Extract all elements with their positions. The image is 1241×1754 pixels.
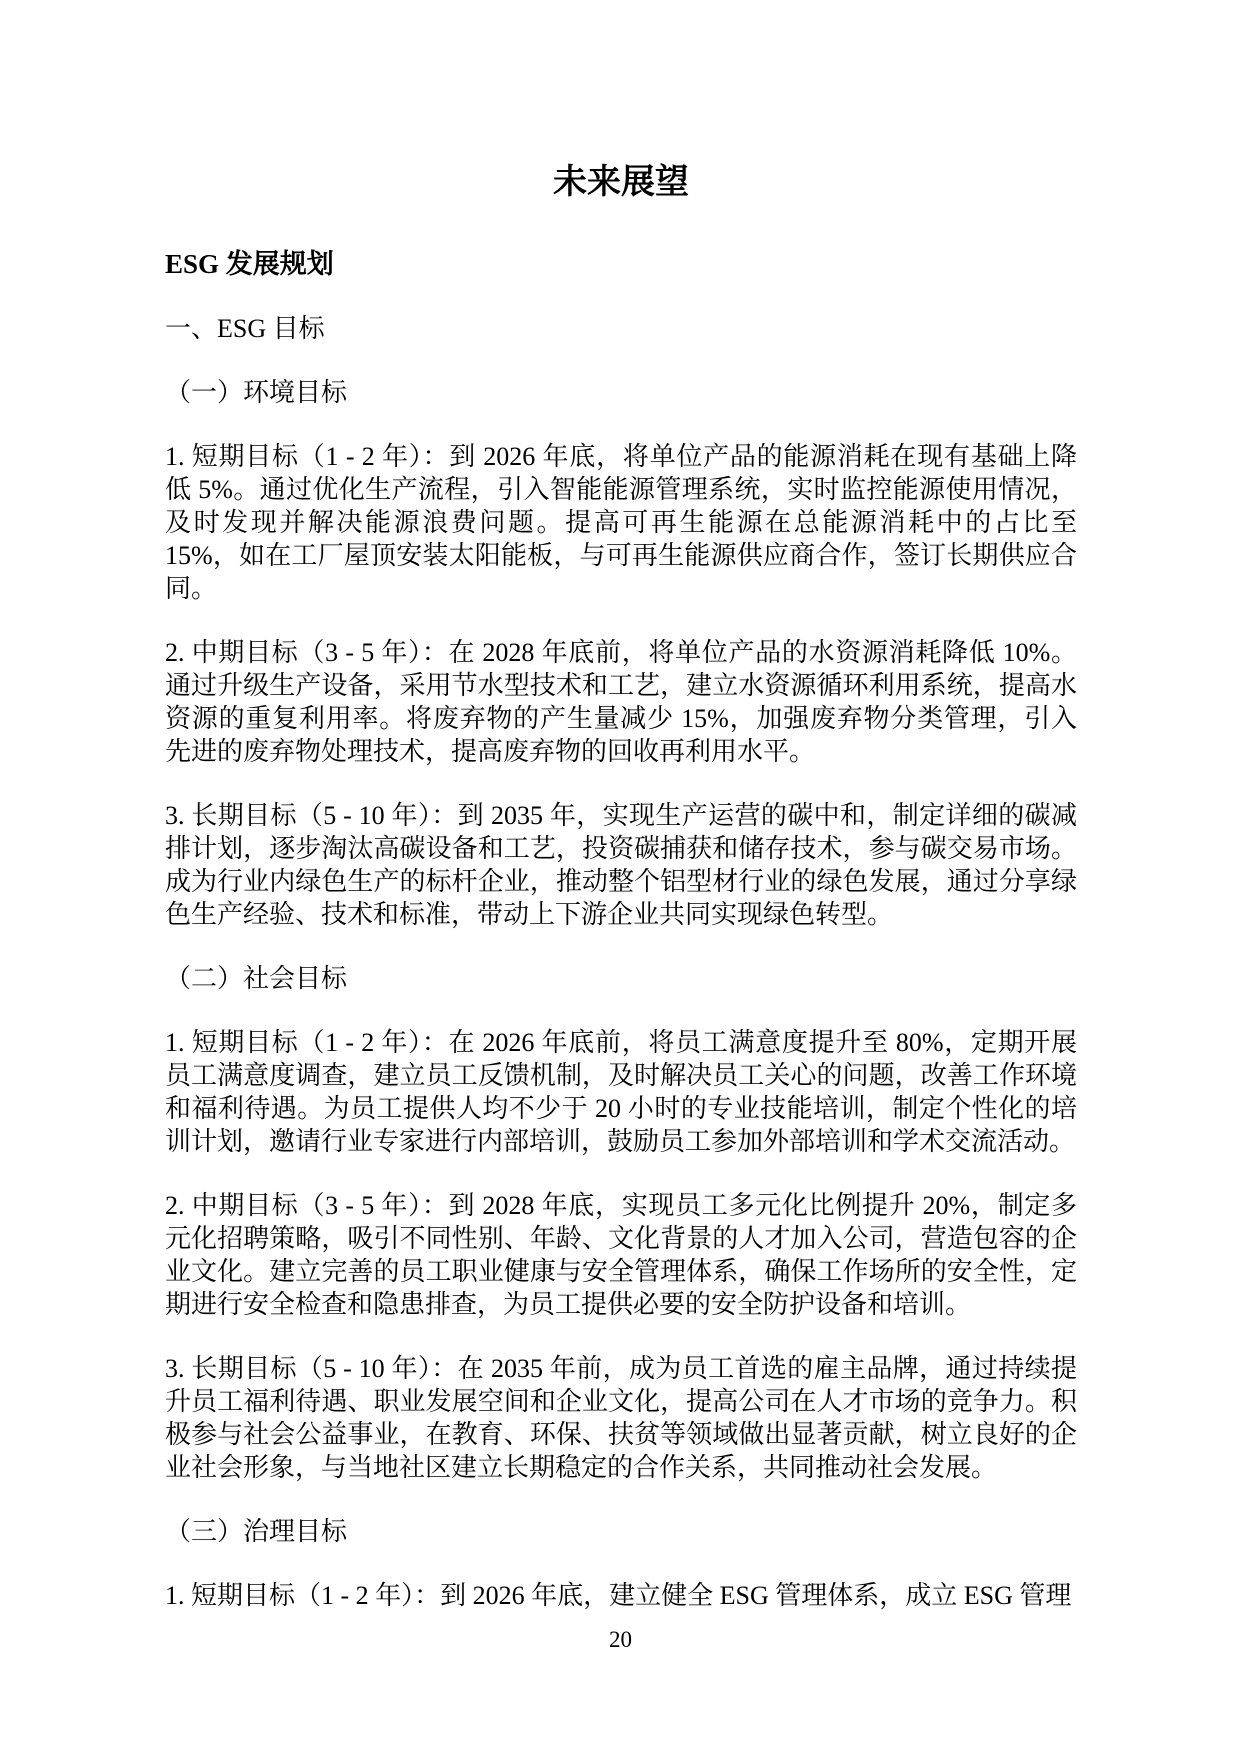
subsection-heading-social-goals: （二）社会目标 [165, 962, 1077, 995]
paragraph-governance-short-term: 1. 短期目标（1 - 2 年）：到 2026 年底，建立健全 ESG 管理体系… [165, 1579, 1077, 1612]
subsection-heading-governance-goals: （三）治理目标 [165, 1515, 1077, 1548]
subsection-heading-environment-goals: （一）环境目标 [165, 376, 1077, 409]
page-number: 20 [0, 1626, 1241, 1654]
paragraph-social-short-term: 1. 短期目标（1 - 2 年）：在 2026 年底前，将员工满意度提升至 80… [165, 1026, 1077, 1158]
paragraph-social-mid-term: 2. 中期目标（3 - 5 年）：到 2028 年底，实现员工多元化比例提升 2… [165, 1189, 1077, 1321]
paragraph-env-mid-term: 2. 中期目标（3 - 5 年）：在 2028 年底前，将单位产品的水资源消耗降… [165, 636, 1077, 768]
chapter-heading-esg-plan: ESG 发展规划 [165, 248, 1077, 281]
section-heading-esg-goals: 一、ESG 目标 [165, 312, 1077, 345]
paragraph-social-long-term: 3. 长期目标（5 - 10 年）：在 2035 年前，成为员工首选的雇主品牌，… [165, 1352, 1077, 1484]
paragraph-env-short-term: 1. 短期目标（1 - 2 年）：到 2026 年底，将单位产品的能源消耗在现有… [165, 440, 1077, 605]
document-title: 未来展望 [165, 162, 1077, 204]
paragraph-env-long-term: 3. 长期目标（5 - 10 年）：到 2035 年，实现生产运营的碳中和，制定… [165, 799, 1077, 931]
document-page: 未来展望 ESG 发展规划 一、ESG 目标 （一）环境目标 1. 短期目标（1… [0, 0, 1241, 1754]
